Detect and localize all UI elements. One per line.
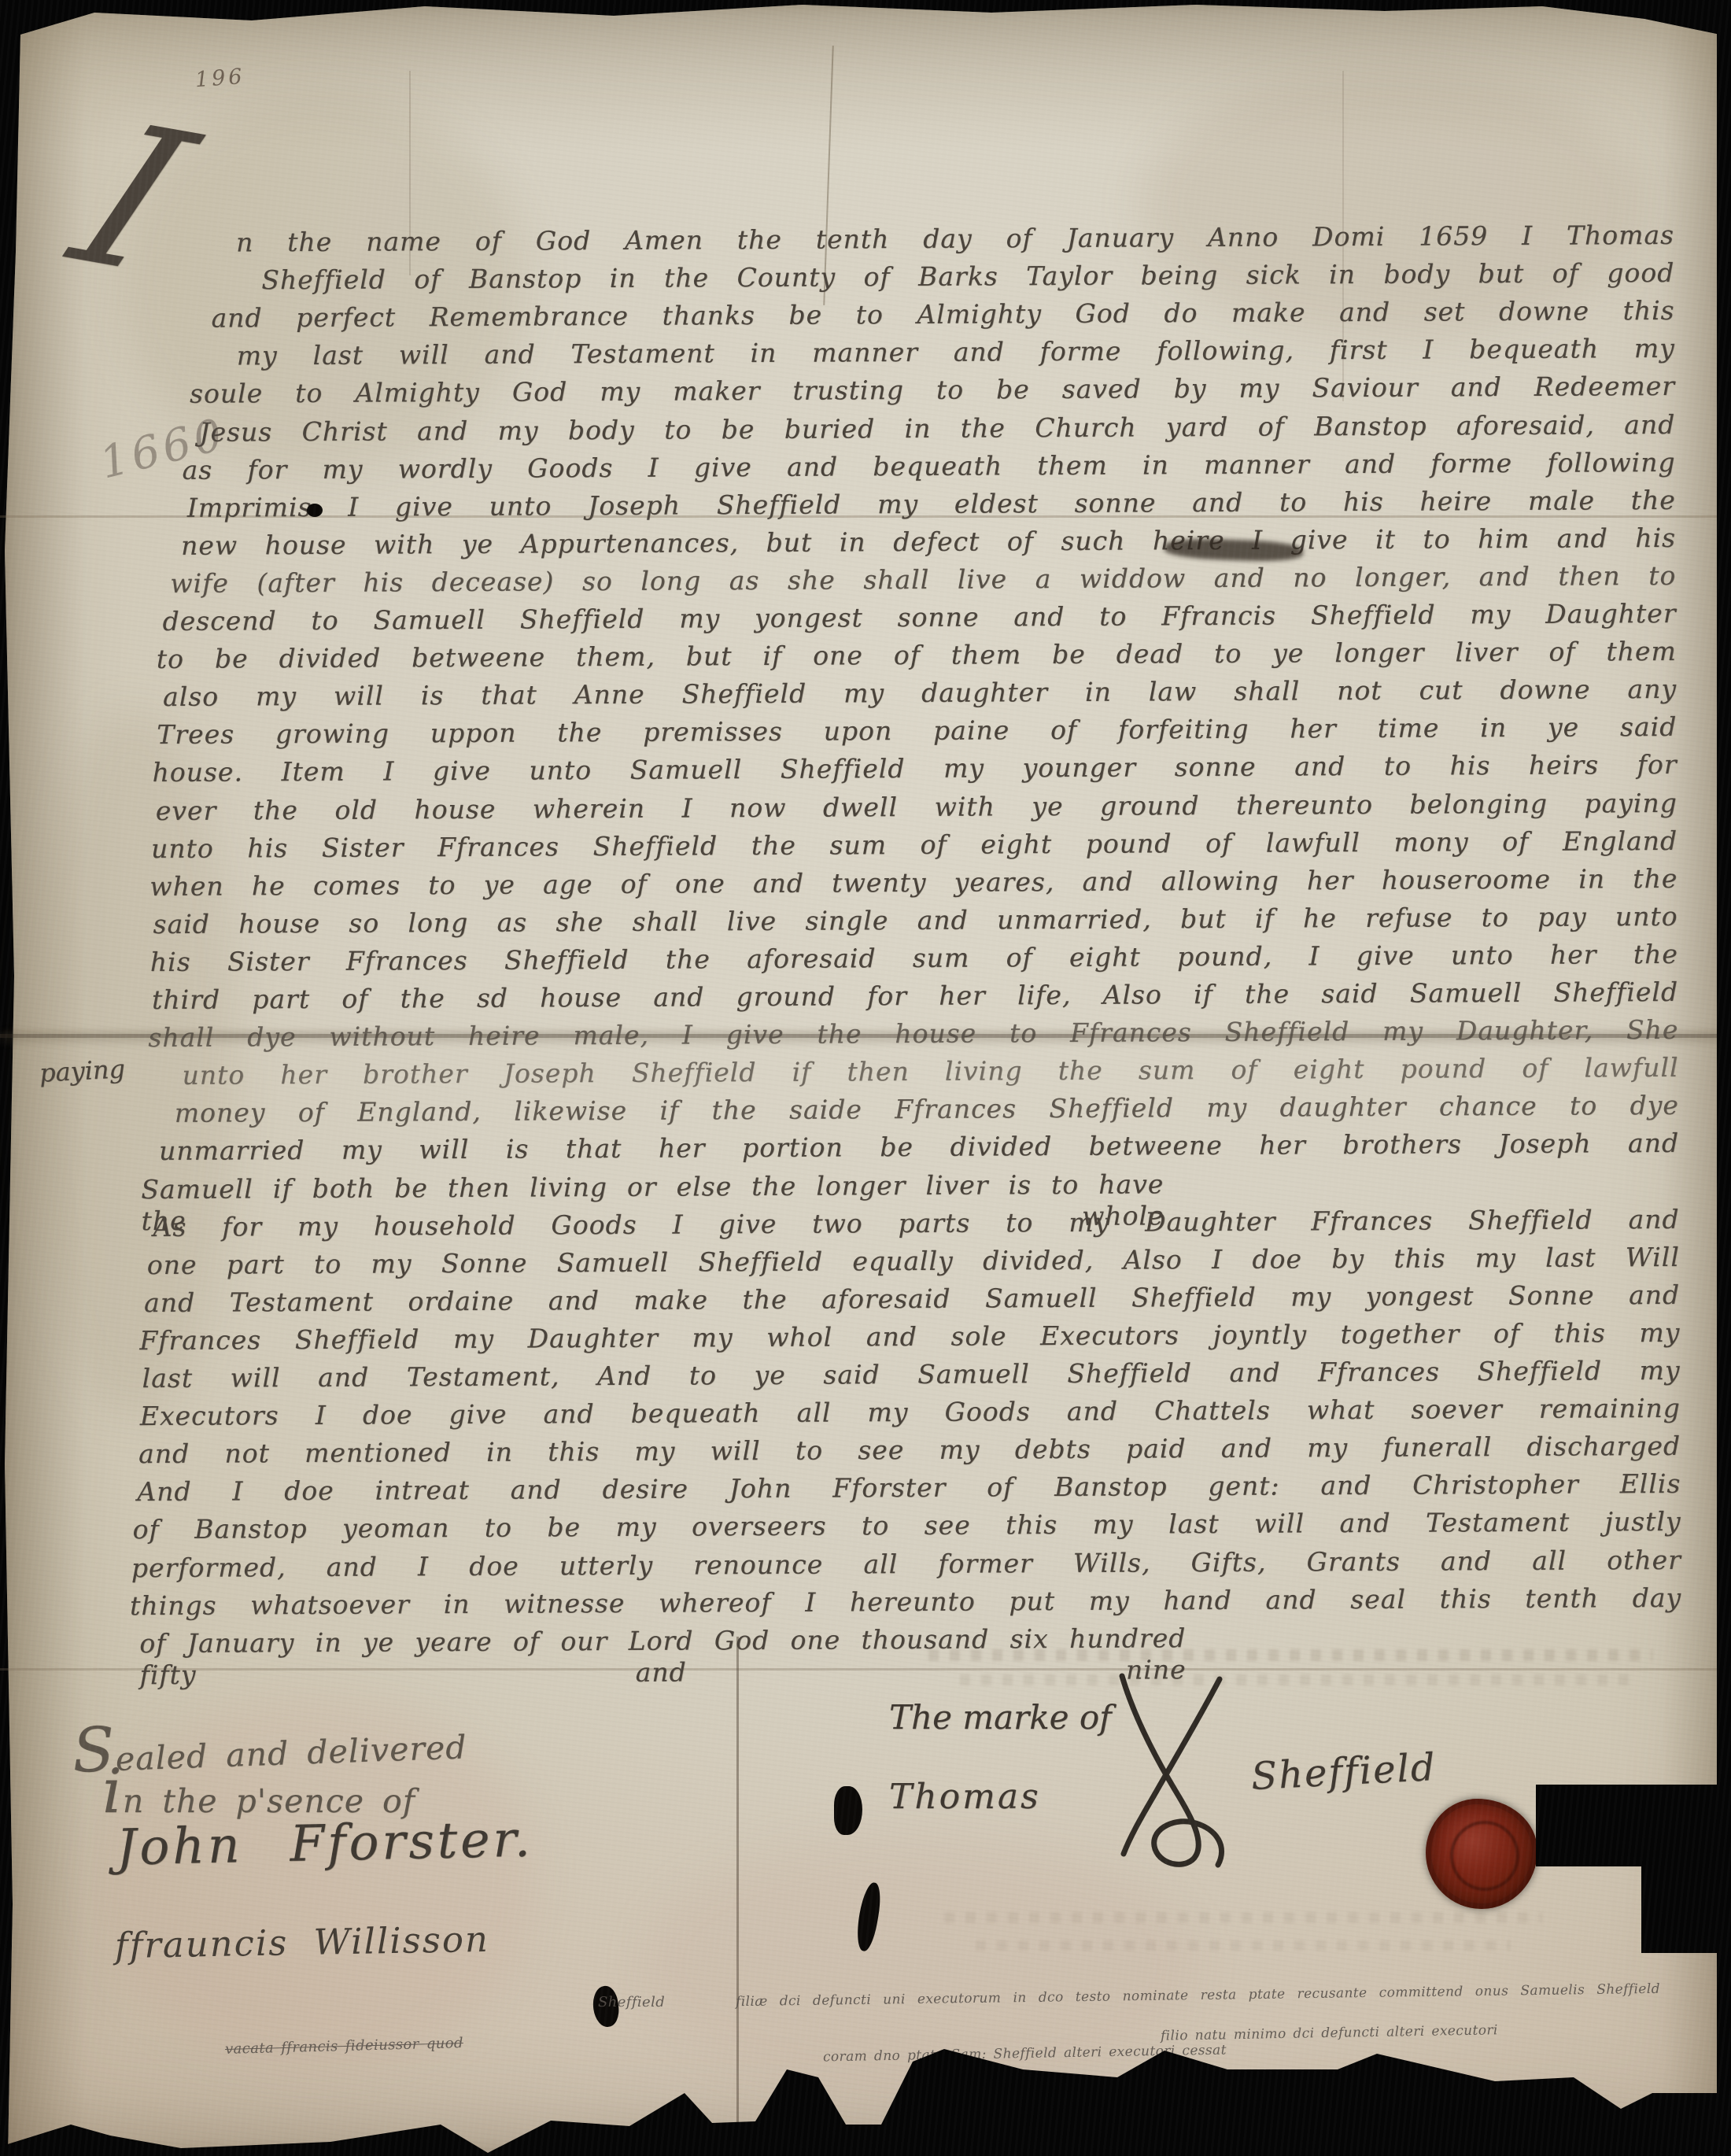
mark-caption-line-2: Thomas bbox=[889, 1777, 1041, 1817]
witness-signature-john-fforster: John Fforster. bbox=[116, 1810, 533, 1876]
ink-bleed-through bbox=[976, 1940, 1511, 1951]
wax-seal-impression bbox=[1450, 1821, 1519, 1891]
backdrop-edge bbox=[1717, 0, 1731, 2156]
witness-signature-ffrauncis-willisson: ffrauncis Willisson bbox=[115, 1918, 490, 1966]
mark-caption-line-1: The marke of bbox=[889, 1698, 1112, 1737]
photograph-of-will: 196 1660 I paying n the name of God Amen… bbox=[0, 0, 1731, 2156]
folio-number: 196 bbox=[194, 65, 246, 92]
backdrop-cutout bbox=[1536, 1785, 1731, 1866]
margin-catchword: paying bbox=[39, 1054, 126, 1088]
will-text-line: of January in ye yeare of our Lord God o… bbox=[139, 1623, 1186, 1691]
ink-blot bbox=[307, 504, 323, 517]
ink-bleed-through bbox=[944, 1912, 1542, 1923]
fold-crease bbox=[736, 1637, 739, 2125]
probate-note: Sheffield bbox=[598, 1994, 665, 2010]
testator-mark-icon bbox=[1100, 1673, 1249, 1874]
